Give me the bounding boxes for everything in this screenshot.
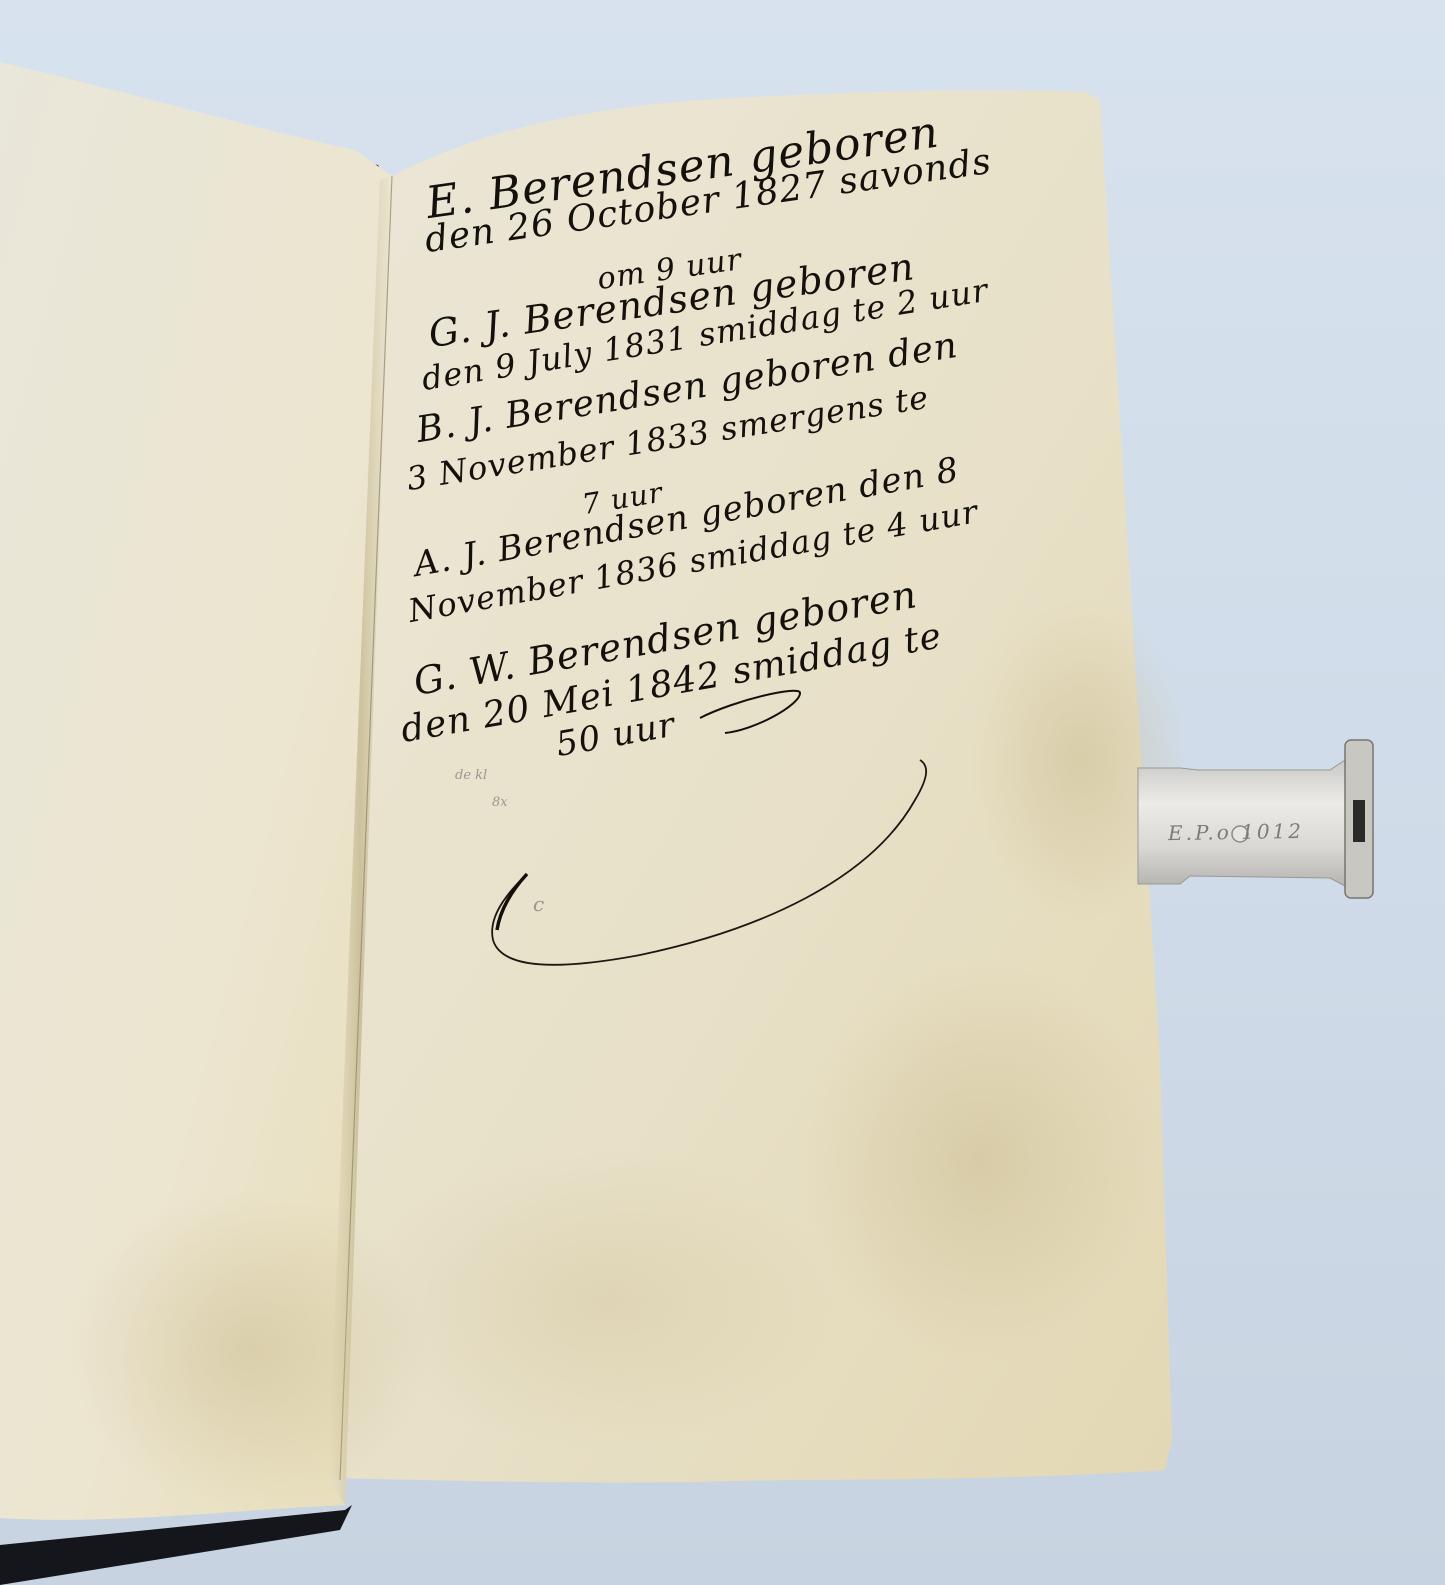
- clasp-engraving: E.P.o 1012: [1168, 819, 1304, 845]
- book-illustration: [0, 0, 1445, 1585]
- book-photo-scene: E. Berendsen geboren den 26 October 1827…: [0, 0, 1445, 1585]
- pencil-note-1: de kl: [455, 768, 487, 783]
- pencil-note-2: 8x: [492, 795, 508, 810]
- pencil-flourish-c: c: [533, 892, 544, 916]
